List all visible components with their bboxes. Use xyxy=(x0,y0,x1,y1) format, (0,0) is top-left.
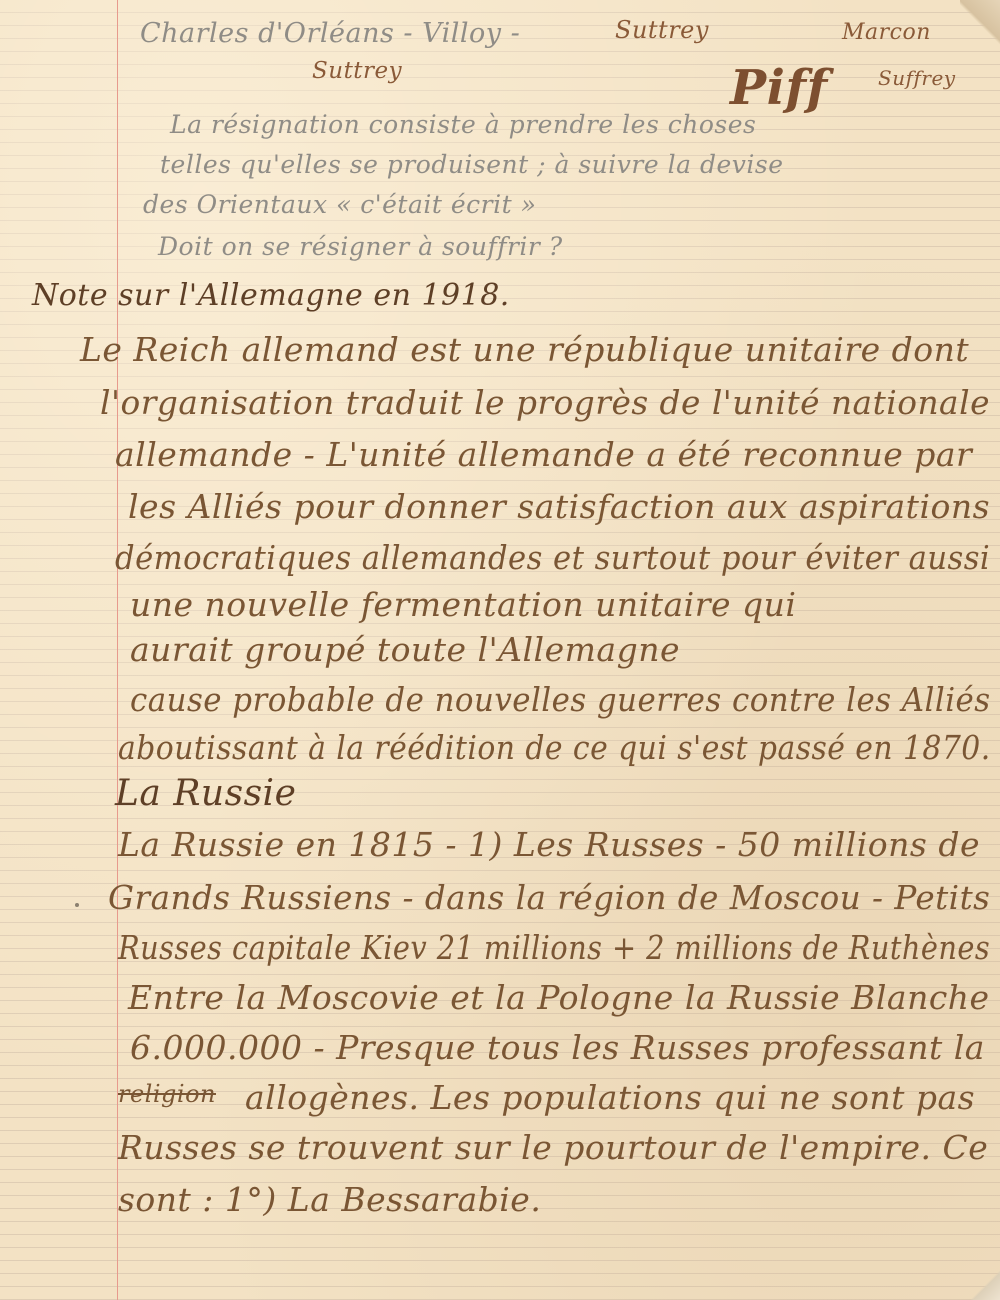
text-line: La Russie en 1815 - 1) Les Russes - 50 m… xyxy=(118,825,980,864)
corner-fold-bottom xyxy=(970,1270,1000,1300)
text-line: Russes se trouvent sur le pourtour de l'… xyxy=(118,1128,988,1167)
heading-germany: Note sur l'Allemagne en 1918. xyxy=(32,278,510,313)
text-line: démocratiques allemandes et surtout pour… xyxy=(115,538,990,577)
text-line: allogènes. Les populations qui ne sont p… xyxy=(245,1078,975,1117)
heading-russia: La Russie xyxy=(115,773,296,814)
text-line: aurait groupé toute l'Allemagne xyxy=(130,630,680,669)
signature-3: Suttrey xyxy=(312,58,402,84)
signature-2: Marcon xyxy=(842,20,931,45)
pencil-note-line: des Orientaux « c'était écrit » xyxy=(143,190,536,219)
signature-large: Piff xyxy=(730,60,828,116)
text-line: Grands Russiens - dans la région de Mosc… xyxy=(108,878,990,917)
pencil-note-line: La résignation consiste à prendre les ch… xyxy=(170,110,756,139)
pencil-note-line: Doit on se résigner à souffrir ? xyxy=(158,232,563,261)
text-line: sont : 1°) La Bessarabie. xyxy=(118,1180,541,1219)
text-line: Entre la Moscovie et la Pologne la Russi… xyxy=(128,978,990,1017)
bullet-dot xyxy=(75,903,79,907)
pencil-names: Charles d'Orléans - Villoy - xyxy=(140,18,520,49)
notebook-page: Charles d'Orléans - Villoy - Suttrey Mar… xyxy=(0,0,1000,1300)
text-line: Russes capitale Kiev 21 millions + 2 mil… xyxy=(118,928,990,967)
text-line: allemande - L'unité allemande a été reco… xyxy=(115,435,972,474)
text-line: 6.000.000 - Presque tous les Russes prof… xyxy=(130,1028,985,1067)
signature-4: Suffrey xyxy=(878,66,956,90)
struck-word: religion xyxy=(118,1080,216,1108)
text-line: une nouvelle fermentation unitaire qui xyxy=(130,585,796,624)
signature-1: Suttrey xyxy=(615,16,709,44)
pencil-note-line: telles qu'elles se produisent ; à suivre… xyxy=(160,150,784,179)
text-line: les Alliés pour donner satisfaction aux … xyxy=(128,487,990,526)
text-line: l'organisation traduit le progrès de l'u… xyxy=(100,383,990,422)
text-line: aboutissant à la réédition de ce qui s'e… xyxy=(118,728,991,767)
text-line: Le Reich allemand est une république uni… xyxy=(80,330,969,369)
corner-fold-top xyxy=(960,0,1000,50)
text-line: cause probable de nouvelles guerres cont… xyxy=(130,680,991,719)
